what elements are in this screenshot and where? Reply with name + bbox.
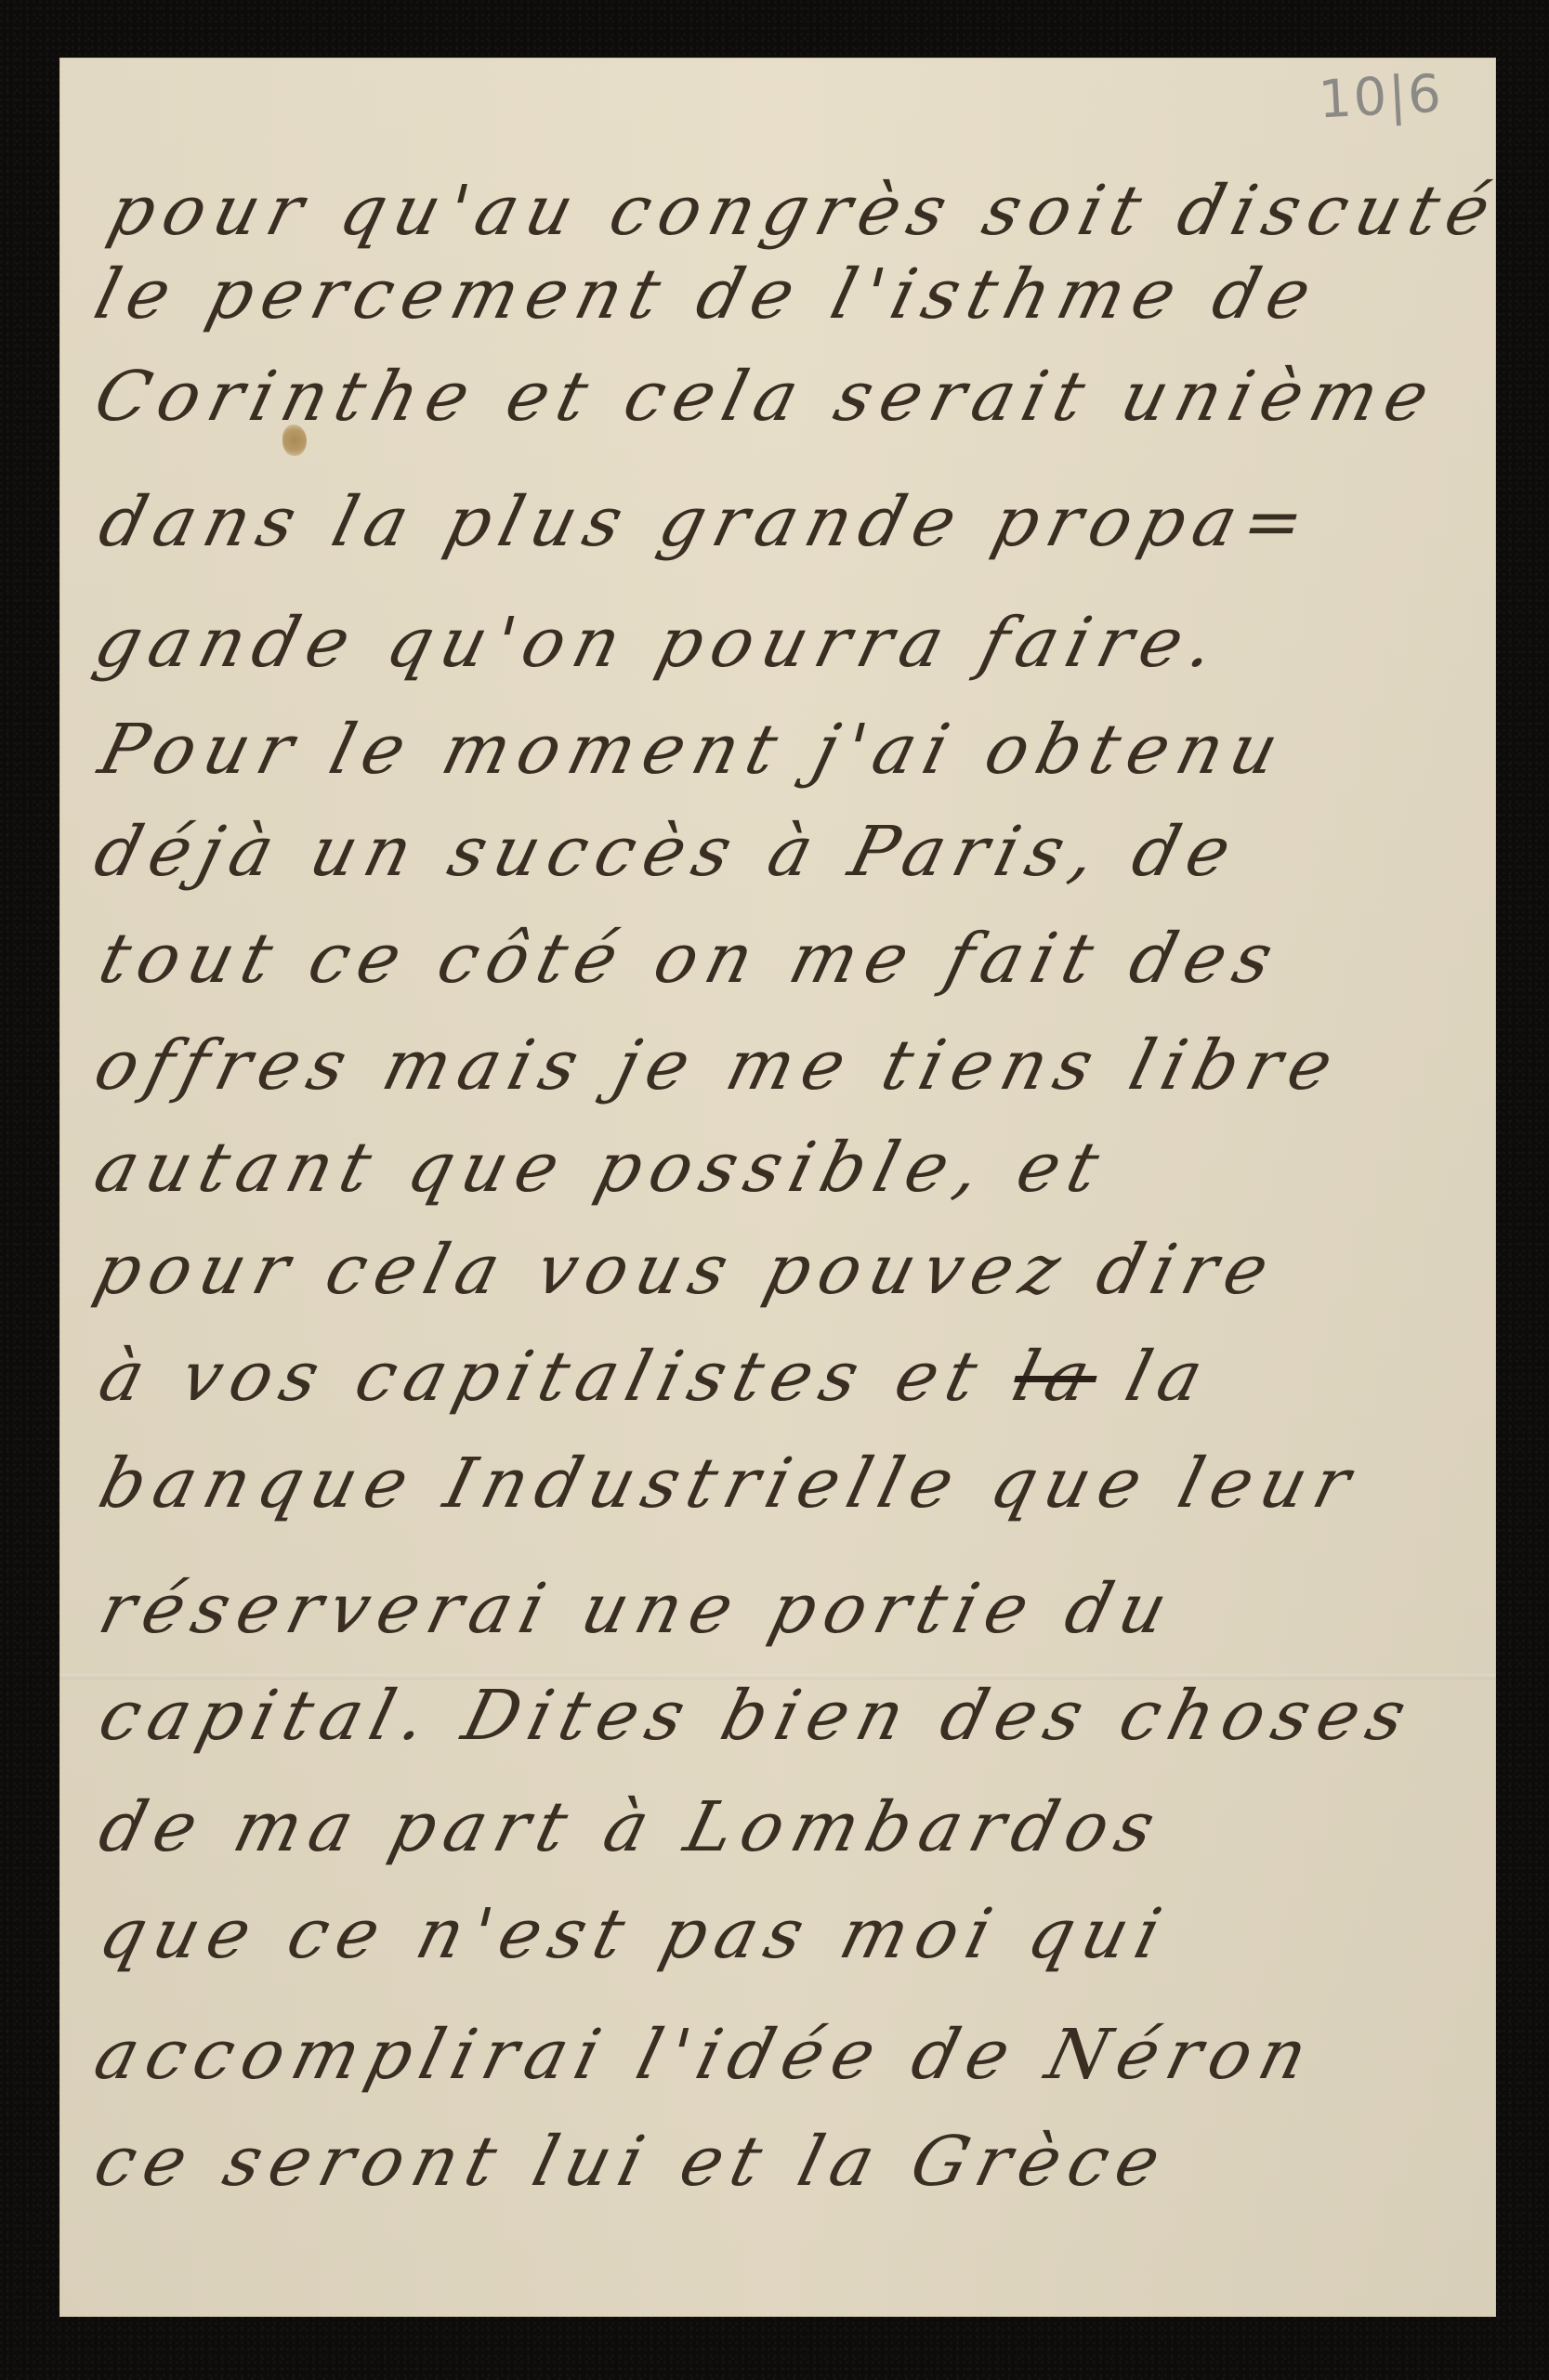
handwritten-line: tout ce côté on me fait des [93,924,1288,993]
line-text: à vos capitalistes et [92,1337,994,1417]
handwritten-line: pour cela vous pouvez dire [88,1236,1284,1304]
handwritten-line: réserverai une portie du [93,1575,1183,1643]
handwritten-line: ce seront lui et la Grèce [88,2127,1175,2196]
handwritten-line: pour qu'au congrès soit discuté [102,177,1505,245]
letter-page: 10|6 pour qu'au congrès soit discuté le … [59,58,1496,2317]
handwritten-line: gande qu'on pourra faire. [88,608,1230,677]
handwritten-line: accomplirai l'idée de Néron [88,2020,1323,2089]
handwritten-line: Pour le moment j'ai obtenu [93,715,1293,784]
handwritten-line: offres mais je me tiens libre [88,1031,1348,1100]
handwritten-line: autant que possible, et [88,1133,1114,1202]
line-text-after: la [1087,1337,1220,1417]
handwritten-line: banque Industrielle que leur [93,1449,1366,1518]
handwritten-line: Corinthe et cela serait unième [88,362,1445,431]
folio-number: 10|6 [1317,64,1444,131]
handwritten-line: de ma part à Lombardos [93,1793,1170,1862]
handwritten-line: que ce n'est pas moi qui [93,1900,1176,1968]
handwritten-line: déjà un succès à Paris, de [88,817,1246,886]
handwritten-line: capital. Dites bien des choses [93,1681,1422,1750]
handwritten-line: le percement de l'isthme de [88,260,1326,329]
handwritten-line: à vos capitalistes et la la [93,1342,1218,1411]
handwritten-line: dans la plus grande propa= [93,488,1320,556]
